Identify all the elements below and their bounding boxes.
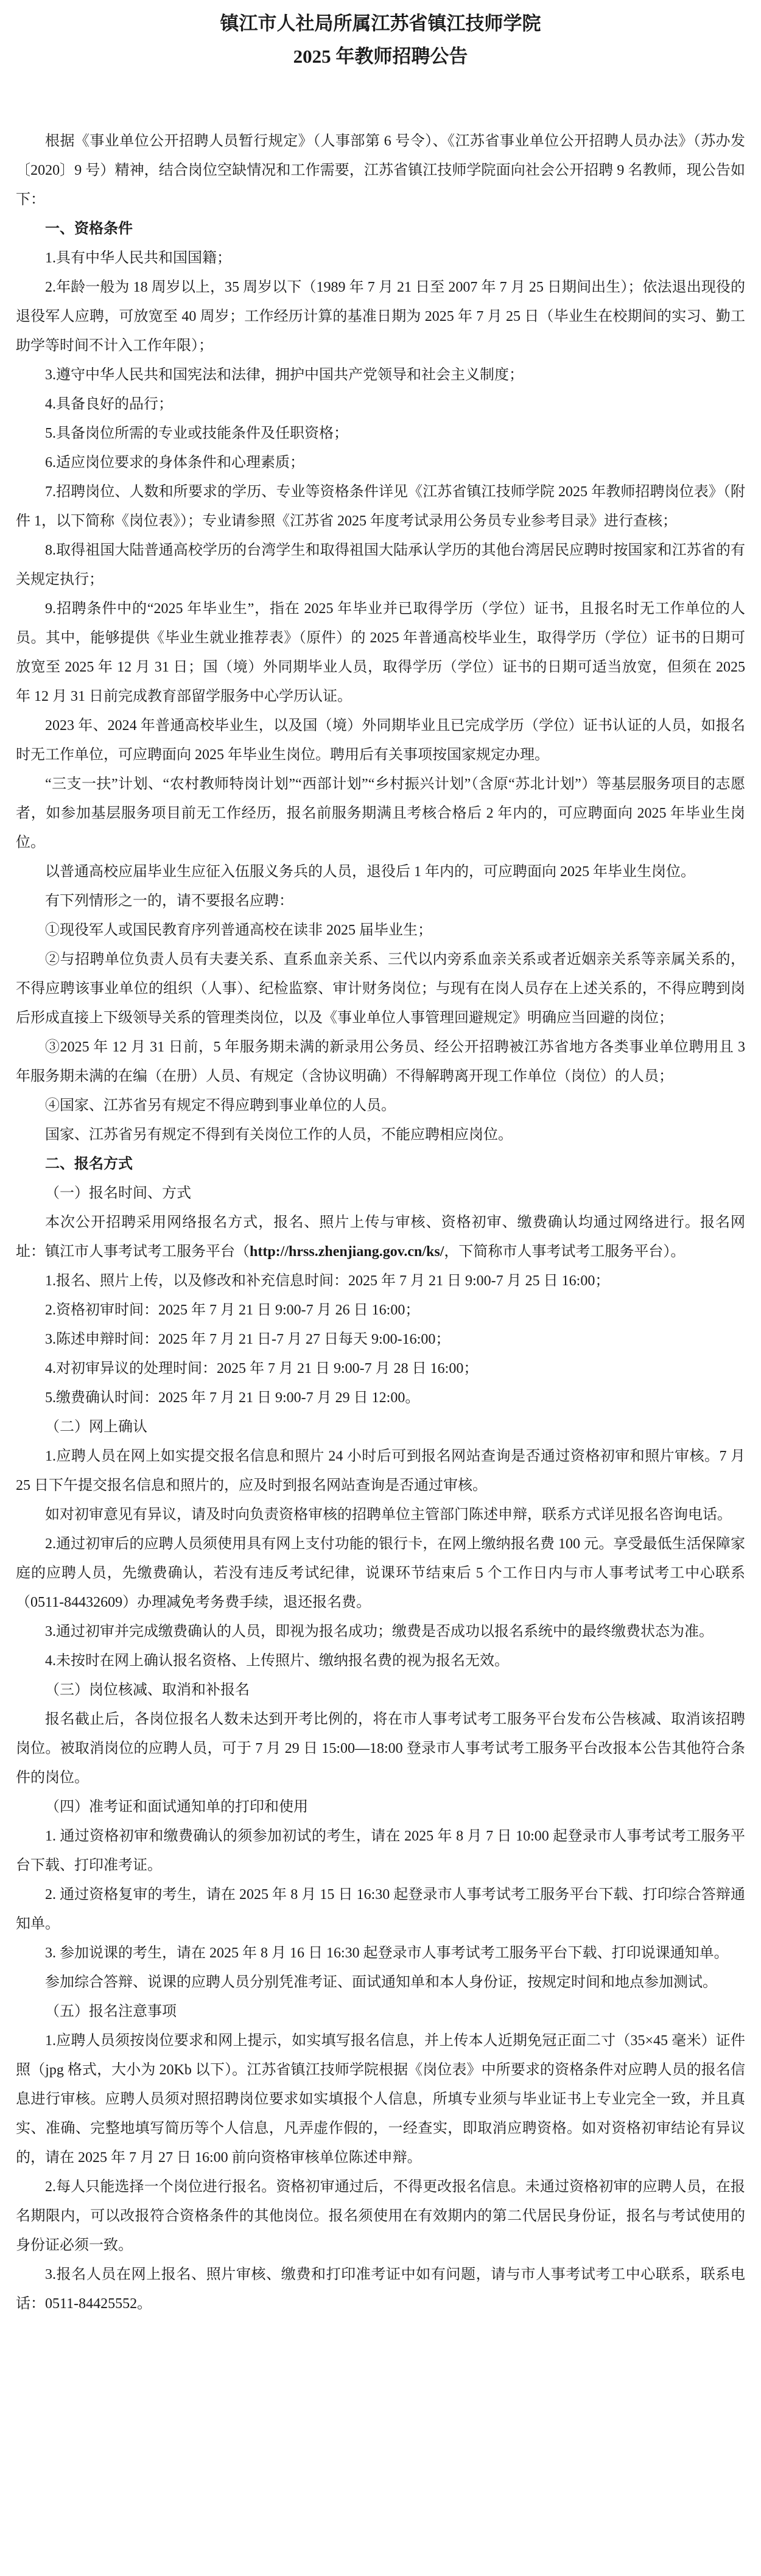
heading-section-2-registration: 二、报名方式 <box>16 1149 745 1179</box>
item-physical-mental: 6.适应岗位要求的身体条件和心理素质； <box>16 448 745 477</box>
para-test-attendance-documents: 参加综合答辩、说课的应聘人员分别凭准考证、面试通知单和本人身份证，按规定时间和地… <box>16 1968 745 1997</box>
item-print-admission-ticket: 1. 通过资格初审和缴费确认的须参加初试的考生，请在 2025 年 8 月 7 … <box>16 1822 745 1880</box>
item-time-preliminary-review: 2.资格初审时间：2025 年 7 月 21 日 9:00-7 月 26 日 1… <box>16 1296 745 1325</box>
item-position-table: 7.招聘岗位、人数和所要求的学历、专业等资格条件详见《江苏省镇江技师学院 202… <box>16 477 745 536</box>
item-time-objection-handling: 4.对初审异议的处理时间：2025 年 7 月 21 日 9:00-7 月 28… <box>16 1354 745 1383</box>
document-title: 镇江市人社局所属江苏省镇江技师学院 2025 年教师招聘公告 <box>16 7 745 73</box>
item-age-requirement: 2.年龄一般为 18 周岁以上，35 周岁以下（1989 年 7 月 21 日至… <box>16 273 745 360</box>
registration-url: http://hrss.zhenjiang.gov.cn/ks/ <box>250 1244 444 1260</box>
item-taiwan-applicants: 8.取得祖国大陆普通高校学历的台湾学生和取得祖国大陆承认学历的其他台湾居民应聘时… <box>16 536 745 594</box>
item-payment-fee-100: 2.通过初审后的应聘人员须使用具有网上支付功能的银行卡，在网上缴纳报名费 100… <box>16 1529 745 1617</box>
title-line-1: 镇江市人社局所属江苏省镇江技师学院 <box>16 7 745 40</box>
item-print-defense-notice: 2. 通过资格复审的考生，请在 2025 年 8 月 15 日 16:30 起登… <box>16 1880 745 1939</box>
item-time-statement-defense: 3.陈述申辩时间：2025 年 7 月 21 日-7 月 27 日每天 9:00… <box>16 1325 745 1354</box>
title-line-2: 2025 年教师招聘公告 <box>16 40 745 73</box>
text-segment-post-url: ，下简称市人事考试考工服务平台）。 <box>444 1244 685 1260</box>
subheading-admission-ticket-printing: （四）准考证和面试通知单的打印和使用 <box>16 1792 745 1822</box>
para-position-cancellation-rebooking: 报名截止后，各岗位报名人数未达到开考比例的，将在市人事考试考工服务平台发布公告核… <box>16 1705 745 1792</box>
item-circle-2-kinship-avoidance: ②与招聘单位负责人员有夫妻关系、直系血亲关系、三代以内旁系血亲关系或者近姻亲关系… <box>16 945 745 1033</box>
subheading-position-reduction-cancellation: （三）岗位核减、取消和补报名 <box>16 1676 745 1705</box>
item-nationality: 1.具有中华人民共和国国籍； <box>16 244 745 273</box>
subheading-registration-time-method: （一）报名时间、方式 <box>16 1179 745 1208</box>
announcement-document: 镇江市人社局所属江苏省镇江技师学院 2025 年教师招聘公告 根据《事业单位公开… <box>0 0 761 2576</box>
para-grassroots-service-programs: “三支一扶”计划、“农村教师特岗计划”“西部计划”“乡村振兴计划”（含原“苏北计… <box>16 770 745 857</box>
item-note-photo-info-review: 1.应聘人员须按岗位要求和网上提示，如实填写报名信息，并上传本人近期免冠正面二寸… <box>16 2026 745 2172</box>
item-invalid-registration: 4.未按时在网上确认报名资格、上传照片、缴纳报名费的视为报名无效。 <box>16 1646 745 1676</box>
item-payment-success-status: 3.通过初审并完成缴费确认的人员，即视为报名成功；缴费是否成功以报名系统中的最终… <box>16 1617 745 1646</box>
item-time-payment-confirmation: 5.缴费确认时间：2025 年 7 月 21 日 9:00-7 月 29 日 1… <box>16 1383 745 1413</box>
item-circle-3-service-period: ③2025 年 12 月 31 日前，5 年服务期未满的新录用公务员、经公开招聘… <box>16 1033 745 1091</box>
para-do-not-apply-intro: 有下列情形之一的，请不要报名应聘： <box>16 886 745 916</box>
item-circle-1-active-military: ①现役军人或国民教育序列普通高校在读非 2025 届毕业生； <box>16 916 745 945</box>
heading-section-1-qualifications: 一、资格条件 <box>16 214 745 244</box>
item-time-registration-upload: 1.报名、照片上传，以及修改和补充信息时间：2025 年 7 月 21 日 9:… <box>16 1266 745 1296</box>
item-constitution-law: 3.遵守中华人民共和国宪法和法律，拥护中国共产党领导和社会主义制度； <box>16 360 745 390</box>
item-professional-skills: 5.具备岗位所需的专业或技能条件及任职资格； <box>16 419 745 448</box>
item-2025-graduates-definition: 9.招聘条件中的“2025 年毕业生”，指在 2025 年毕业并已取得学历（学位… <box>16 594 745 711</box>
para-registration-website: 本次公开招聘采用网络报名方式，报名、照片上传与审核、资格初审、缴费确认均通过网络… <box>16 1208 745 1266</box>
item-note-one-position-only: 2.每人只能选择一个岗位进行报名。资格初审通过后，不得更改报名信息。未通过资格初… <box>16 2172 745 2260</box>
item-online-query-review: 1.应聘人员在网上如实提交报名信息和照片 24 小时后可到报名网站查询是否通过资… <box>16 1442 745 1500</box>
item-print-lecture-notice: 3. 参加说课的考生，请在 2025 年 8 月 16 日 16:30 起登录市… <box>16 1939 745 1968</box>
para-2023-2024-graduates: 2023 年、2024 年普通高校毕业生，以及国（境）外同期毕业且已完成学历（学… <box>16 711 745 770</box>
subheading-registration-notes: （五）报名注意事项 <box>16 1997 745 2026</box>
para-veteran-graduates: 以普通高校应届毕业生应征入伍服义务兵的人员，退役后 1 年内的，可应聘面向 20… <box>16 857 745 886</box>
item-circle-4-other-regulations: ④国家、江苏省另有规定不得应聘到事业单位的人员。 <box>16 1091 745 1120</box>
item-good-conduct: 4.具备良好的品行； <box>16 390 745 419</box>
item-note-contact-phone: 3.报名人员在网上报名、照片审核、缴费和打印准考证中如有问题，请与市人事考试考工… <box>16 2260 745 2318</box>
para-objection-contact: 如对初审意见有异议，请及时向负责资格审核的招聘单位主管部门陈述申辩，联系方式详见… <box>16 1500 745 1529</box>
para-intro: 根据《事业单位公开招聘人员暂行规定》（人事部第 6 号令）、《江苏省事业单位公开… <box>16 127 745 214</box>
para-other-position-restrictions: 国家、江苏省另有规定不得到有关岗位工作的人员，不能应聘相应岗位。 <box>16 1120 745 1149</box>
subheading-online-confirmation: （二）网上确认 <box>16 1413 745 1442</box>
